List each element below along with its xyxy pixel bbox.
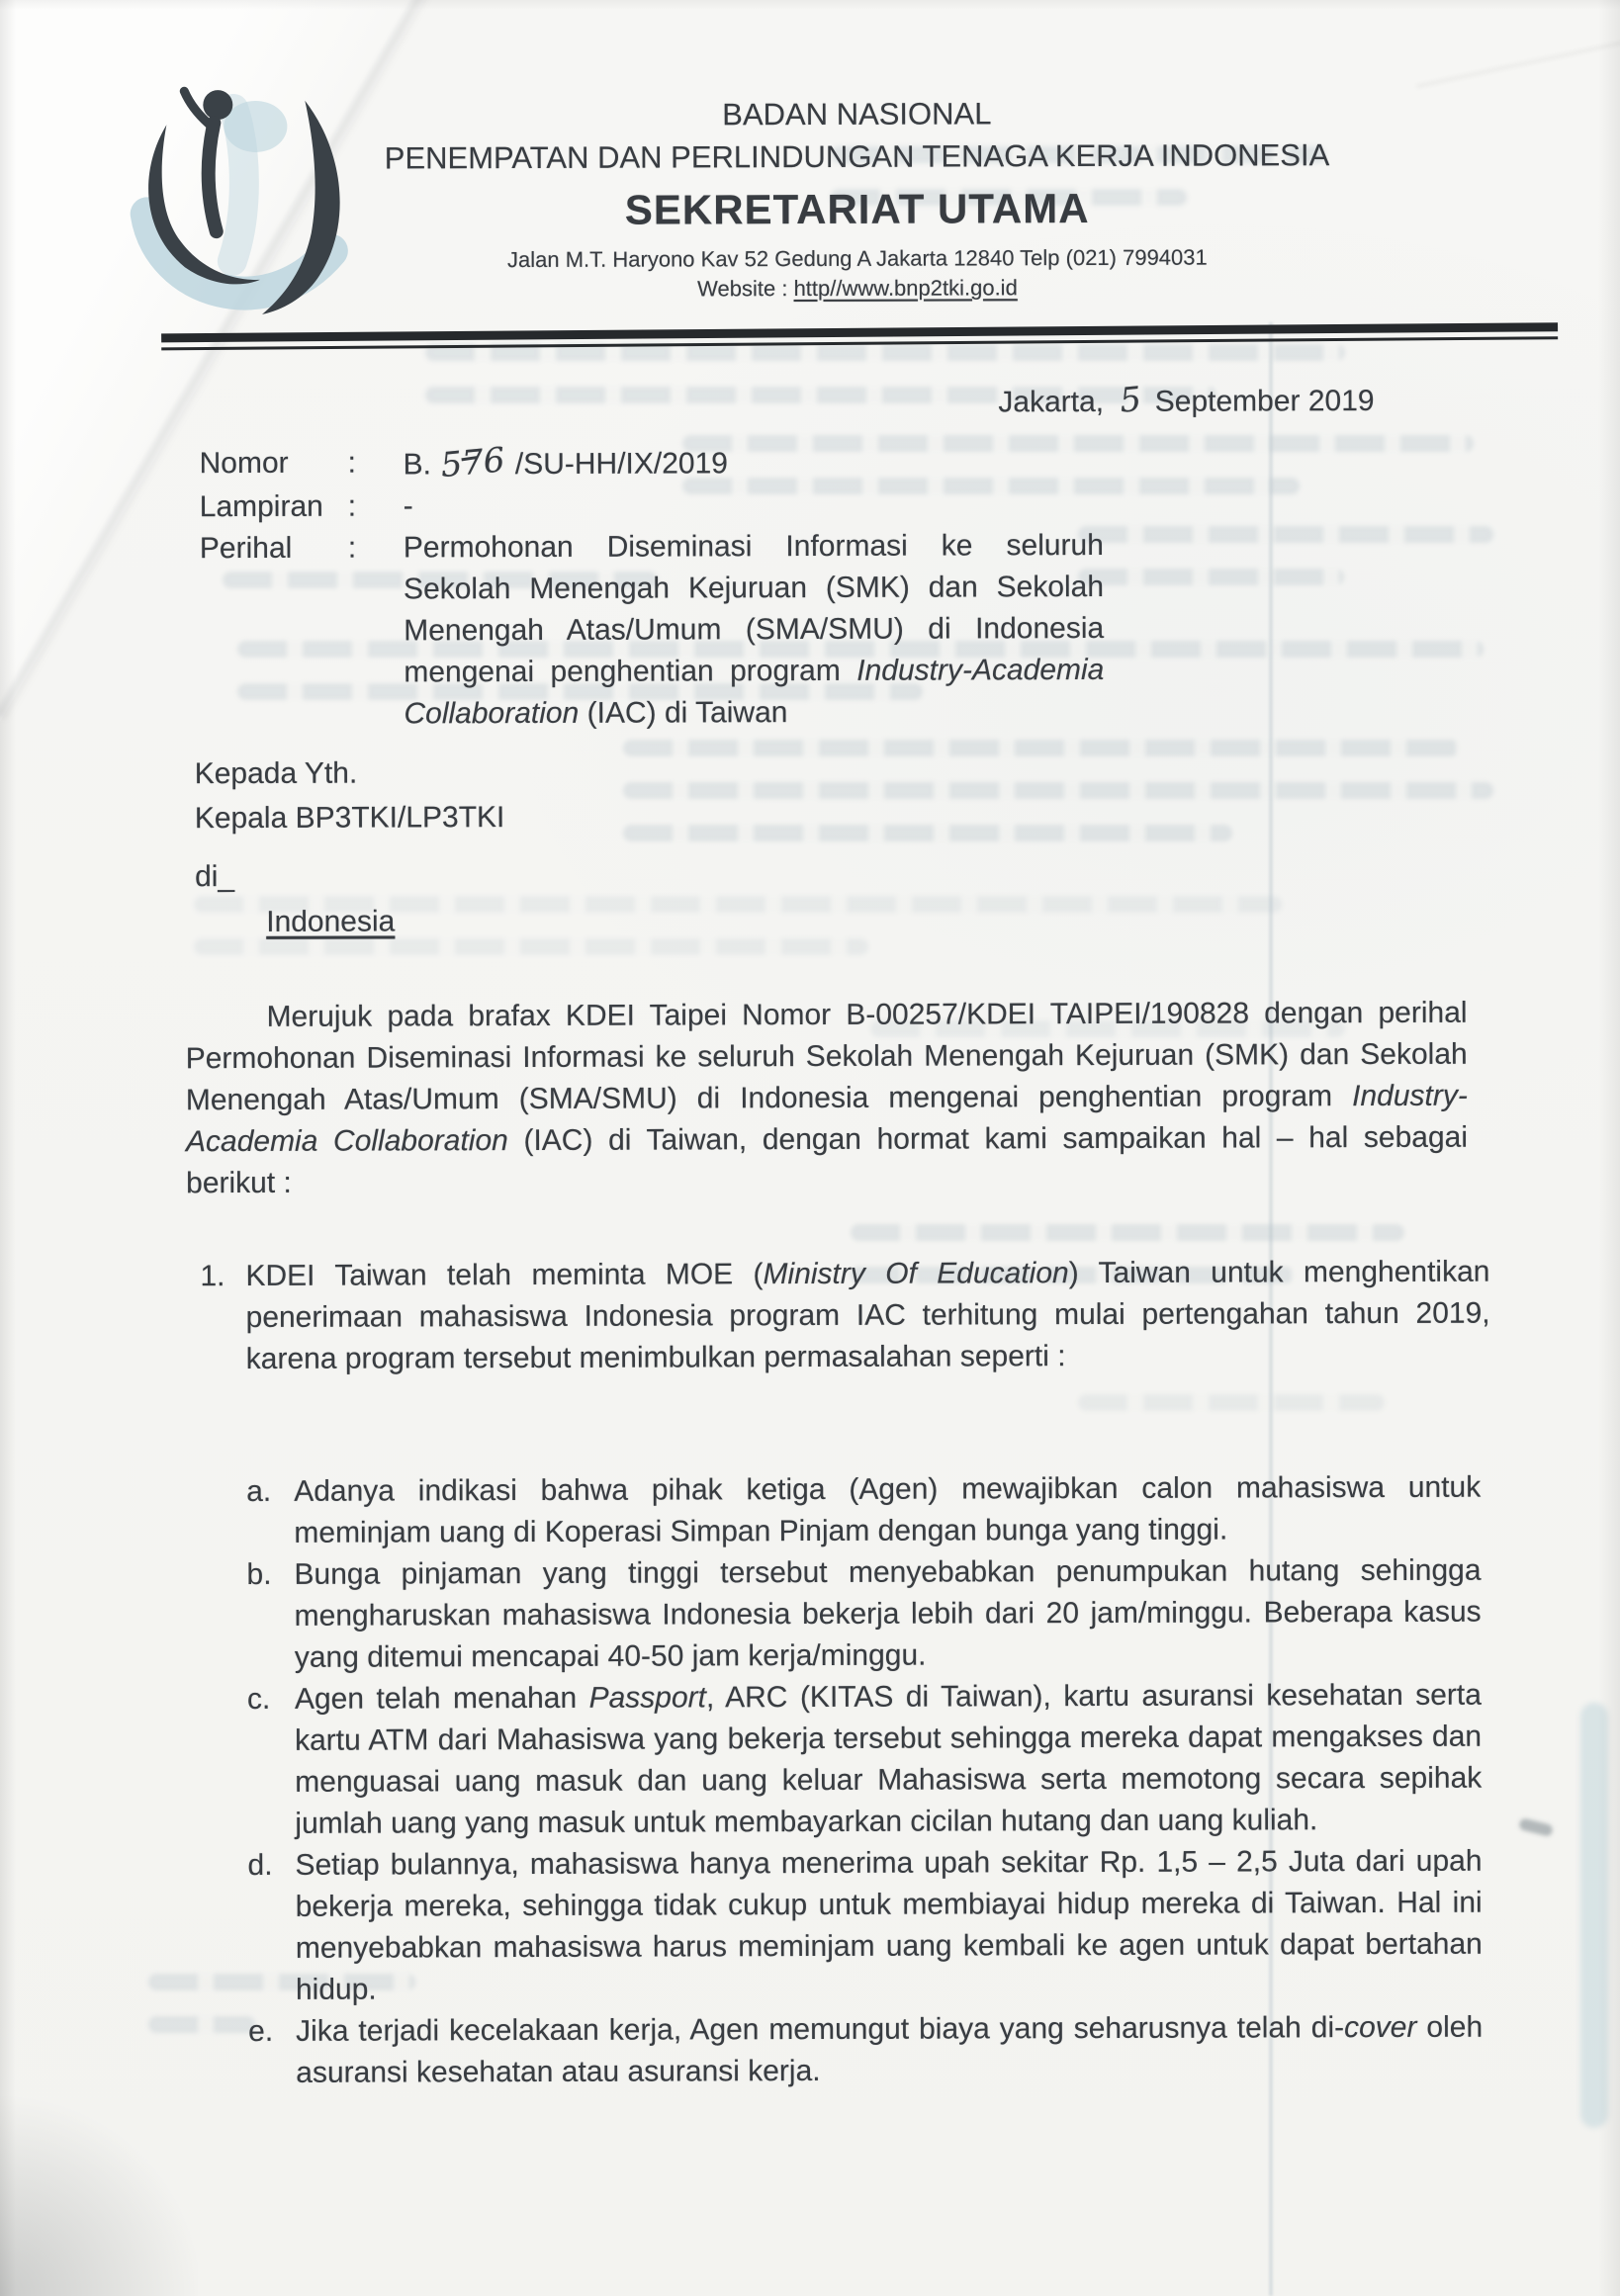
- opening-paragraph: Merujuk pada brafax KDEI Taipei Nomor B-…: [185, 993, 1468, 1205]
- subitem-e: e. Jika terjadi kecelakaan kerja, Agen m…: [248, 2007, 1483, 2094]
- recipient-name: Kepala BP3TKI/LP3TKI: [195, 795, 505, 840]
- lampiran-value: -: [404, 484, 1104, 527]
- recipient-di: di_: [195, 860, 234, 894]
- item1-text: KDEI Taiwan telah meminta MOE (: [245, 1258, 763, 1292]
- date-city: Jakarta,: [998, 386, 1104, 418]
- subitem-d: d. Setiap bulannya, mahasiswa hanya mene…: [247, 1841, 1483, 2011]
- nomor-handwritten-number: 576: [439, 439, 506, 486]
- subitem-d-text: Setiap bulannya, mahasiswa hanya menerim…: [295, 1845, 1482, 2006]
- item1-moe-italic: Ministry Of Education: [763, 1257, 1068, 1290]
- subitem-text: Jika terjadi kecelakaan kerja, Agen memu…: [296, 2007, 1483, 2094]
- subitem-c: c. Agen telah menahan Passport, ARC (KIT…: [247, 1675, 1483, 1845]
- perihal-separator: :: [348, 527, 404, 569]
- lampiran-separator: :: [348, 486, 404, 527]
- subitem-letter: e.: [248, 2011, 296, 2094]
- recipient-salutation: Kepada Yth.: [195, 751, 505, 796]
- subitem-text: Adanya indikasi bahwa pihak ketiga (Agen…: [294, 1467, 1481, 1554]
- nomor-value: B.576/SU-HH/IX/2019: [404, 440, 1104, 486]
- letter-meta: Nomor : B.576/SU-HH/IX/2019 Lampiran : -…: [200, 440, 1105, 736]
- subitem-e-cover-italic: cover: [1344, 2011, 1416, 2044]
- subitem-text: Bunga pinjaman yang tinggi tersebut meny…: [294, 1550, 1481, 1679]
- date-month-year: September 2019: [1155, 385, 1375, 418]
- subitem-letter: c.: [247, 1679, 296, 1845]
- opening-text: Merujuk pada brafax KDEI Taipei Nomor B-…: [186, 997, 1468, 1117]
- subitem-letter: a.: [246, 1471, 294, 1554]
- org-name-line1: BADAN NASIONAL: [135, 94, 1578, 134]
- date-day-handwritten: 5: [1118, 380, 1142, 421]
- subitem-c-text: Agen telah menahan: [295, 1682, 589, 1716]
- subitem-a: a. Adanya indikasi bahwa pihak ketiga (A…: [246, 1467, 1481, 1554]
- subitem-letter: b.: [246, 1554, 294, 1679]
- subitem-text: Agen telah menahan Passport, ARC (KITAS …: [295, 1675, 1483, 1845]
- org-name-line2: PENEMPATAN DAN PERLINDUNGAN TENAGA KERJA…: [135, 136, 1578, 177]
- nomor-suffix: /SU-HH/IX/2019: [515, 447, 728, 481]
- lettered-sublist: a. Adanya indikasi bahwa pihak ketiga (A…: [246, 1467, 1483, 2094]
- dateline: Jakarta,5September 2019: [998, 380, 1374, 420]
- meta-row-lampiran: Lampiran : -: [200, 484, 1104, 528]
- org-website-line: Website : http//www.bnp2tki.go.id: [135, 273, 1579, 304]
- subitem-a-text: Adanya indikasi bahwa pihak ketiga (Agen…: [294, 1471, 1481, 1549]
- subitem-e-text: Jika terjadi kecelakaan kerja, Agen memu…: [296, 2011, 1344, 2048]
- perihal-label: Perihal: [200, 528, 348, 571]
- recipient-block: Kepada Yth. Kepala BP3TKI/LP3TKI: [195, 751, 505, 840]
- meta-row-nomor: Nomor : B.576/SU-HH/IX/2019: [200, 440, 1104, 486]
- letterhead-divider: [161, 322, 1558, 350]
- nomor-label: Nomor: [200, 443, 348, 486]
- recipient-place: Indonesia: [266, 905, 395, 938]
- letter-content: BADAN NASIONAL PENEMPATAN DAN PERLINDUNG…: [0, 0, 1620, 2296]
- numbered-item-1: 1. KDEI Taiwan telah meminta MOE (Minist…: [200, 1252, 1491, 1381]
- website-url: http//www.bnp2tki.go.id: [793, 275, 1017, 301]
- website-label: Website :: [697, 276, 794, 301]
- subitem-b: b. Bunga pinjaman yang tinggi tersebut m…: [246, 1550, 1481, 1679]
- org-unit-title: SEKRETARIAT UTAMA: [135, 183, 1579, 235]
- org-address: Jalan M.T. Haryono Kav 52 Gedung A Jakar…: [135, 243, 1579, 274]
- letterhead: BADAN NASIONAL PENEMPATAN DAN PERLINDUNG…: [135, 94, 1579, 304]
- perihal-value: Permohonan Diseminasi Informasi ke selur…: [404, 525, 1105, 735]
- scanned-letter-page: BADAN NASIONAL PENEMPATAN DAN PERLINDUNG…: [0, 0, 1620, 2296]
- subitem-letter: d.: [247, 1845, 296, 2011]
- subitem-c-passport-italic: Passport: [589, 1681, 707, 1714]
- lampiran-label: Lampiran: [200, 486, 348, 529]
- item-number: 1.: [200, 1256, 245, 1380]
- nomor-separator: :: [348, 442, 404, 484]
- perihal-text-end: (IAC) di Taiwan: [579, 696, 787, 730]
- subitem-b-text: Bunga pinjaman yang tinggi tersebut meny…: [294, 1554, 1481, 1674]
- nomor-prefix: B.: [404, 448, 431, 481]
- subitem-text: Setiap bulannya, mahasiswa hanya menerim…: [295, 1841, 1483, 2011]
- item-text: KDEI Taiwan telah meminta MOE (Ministry …: [245, 1252, 1489, 1380]
- meta-row-perihal: Perihal : Permohonan Diseminasi Informas…: [200, 525, 1105, 736]
